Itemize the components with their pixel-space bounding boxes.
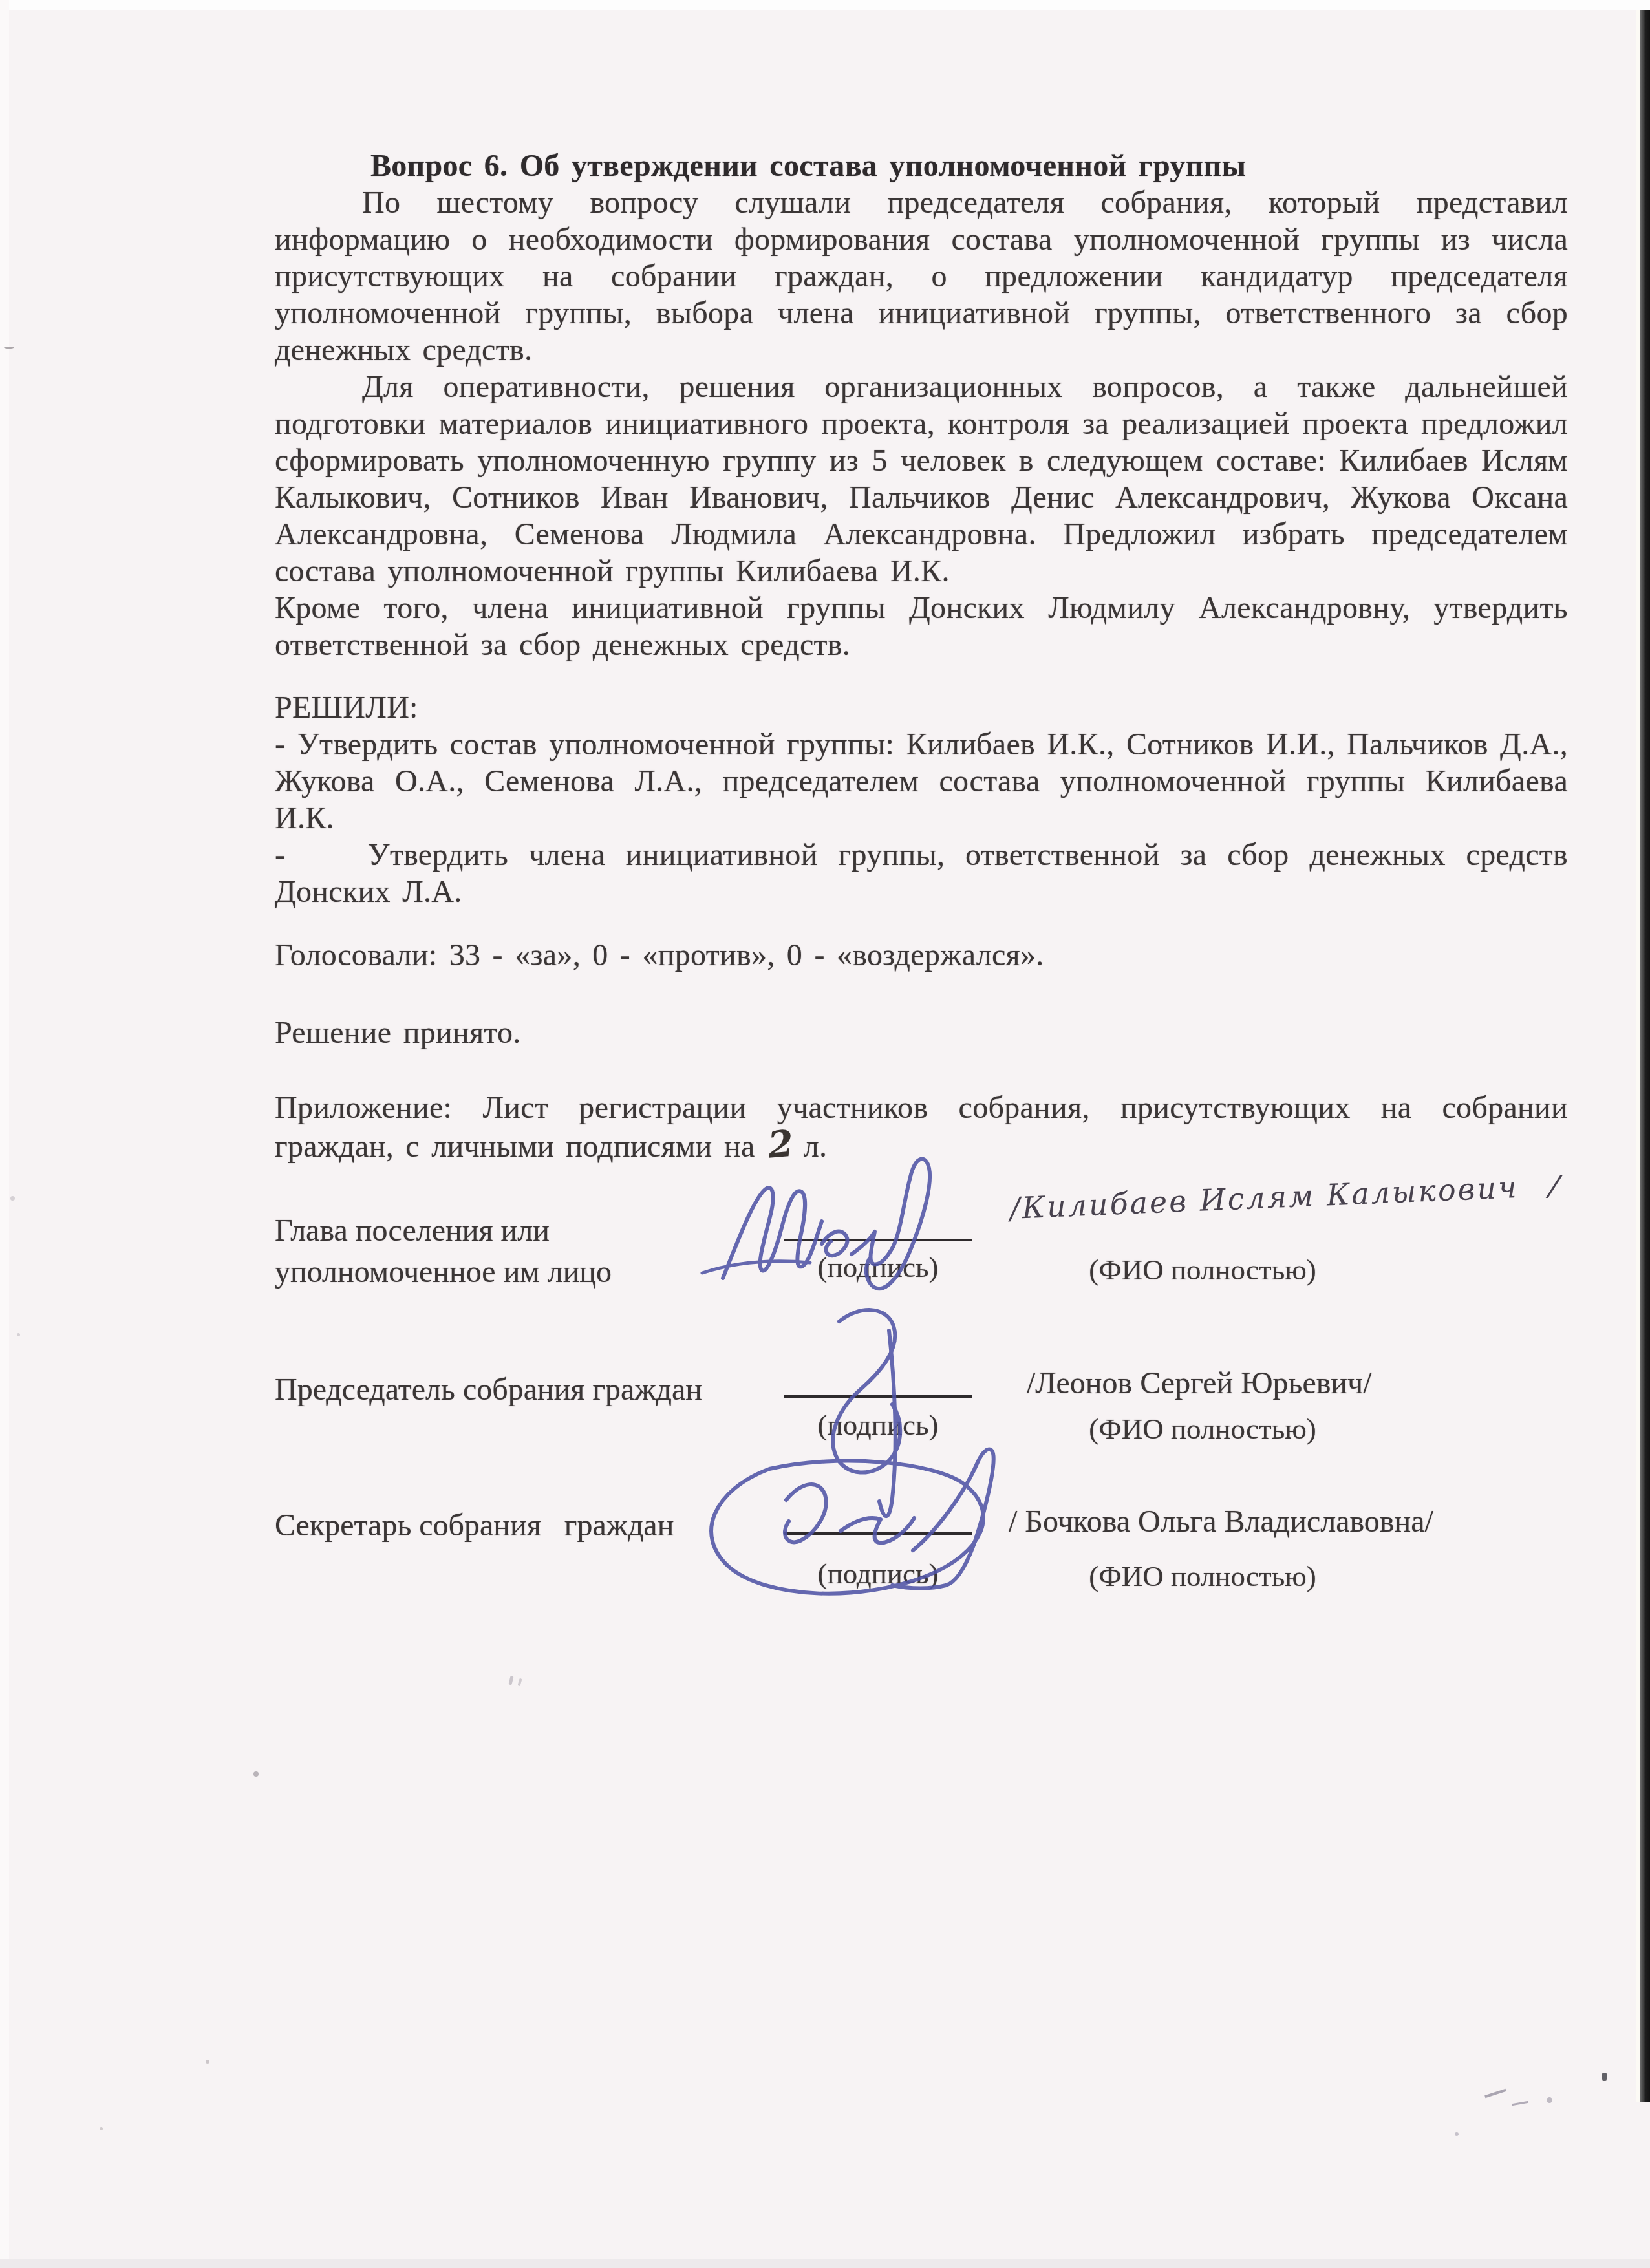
role-label-line1: Председатель собрания граждан — [275, 1369, 702, 1411]
sheets-count-handwritten: 2 — [766, 1125, 795, 1164]
section-title: Вопрос 6. Об утверждении состава уполном… — [275, 147, 1568, 184]
scan-speck — [206, 2060, 209, 2064]
signature-row-secretary-role: Секретарь собрания граждан — [275, 1505, 674, 1546]
signature-row-chairman-role: Председатель собрания граждан — [275, 1369, 702, 1411]
attachment-line-1: Приложение: Лист регистрации участников … — [275, 1089, 1568, 1126]
slash-trail: / — [1548, 1168, 1563, 1204]
fio-caption-secretary: (ФИО полностью) — [1034, 1559, 1371, 1593]
resolved-heading: РЕШИЛИ: — [275, 689, 1568, 726]
scan-edge-right-gap — [1636, 10, 1640, 2102]
signatory-name-text: Килибаев Ислям Калыкович — [1021, 1170, 1519, 1225]
scan-edge-bottom — [0, 2259, 1650, 2268]
scan-speck — [17, 1333, 20, 1336]
scan-speck — [508, 1676, 513, 1685]
signatory-name-secretary: / Бочкова Ольга Владиславовна/ — [1009, 1504, 1433, 1539]
document-body: Вопрос 6. Об утверждении состава уполном… — [275, 147, 1568, 1165]
scanned-document-page: Вопрос 6. Об утверждении состава уполном… — [0, 0, 1650, 2268]
role-label-line1: Глава поселения или — [275, 1210, 612, 1252]
scan-speck — [1547, 2097, 1552, 2103]
scan-edge-right-strip — [1640, 10, 1650, 2102]
decision-line: Решение принято. — [275, 1014, 1568, 1051]
scan-speck — [4, 347, 14, 349]
scan-speck — [1484, 2089, 1506, 2098]
signature-row-head-role: Глава поселения или уполномоченное им ли… — [275, 1210, 612, 1293]
scan-edge-left — [0, 0, 9, 2268]
signatory-name-chairman: /Леонов Сергей Юрьевич/ — [1027, 1365, 1372, 1401]
fio-caption-head: (ФИО полностью) — [1034, 1253, 1371, 1287]
voting-line: Голосовали: 33 - «за», 0 - «против», 0 -… — [275, 937, 1568, 974]
attachment-line-2: граждан, с личными подписями на2л. — [275, 1126, 1568, 1165]
attachment-line-2-suffix: л. — [804, 1129, 828, 1164]
scan-edge-top — [0, 0, 1650, 10]
scan-speck — [100, 2127, 103, 2130]
paragraph-2: Для оперативности, решения организационн… — [275, 369, 1568, 590]
attachment-line-2-prefix: граждан, с личными подписями на — [275, 1129, 755, 1164]
signature-caption-chairman: (подпись) — [775, 1408, 981, 1442]
fio-caption-chairman: (ФИО полностью) — [1034, 1412, 1371, 1446]
signature-line-chairman — [784, 1395, 972, 1398]
resolved-item-1: - Утвердить состав уполномоченной группы… — [275, 726, 1568, 837]
role-label-line2: уполномоченное им лицо — [275, 1252, 612, 1293]
scan-speck — [517, 1678, 522, 1687]
scan-speck — [1602, 2073, 1607, 2081]
paragraph-3: Кроме того, члена инициативной группы До… — [275, 590, 1568, 663]
scan-speck — [1512, 2101, 1528, 2106]
signatory-name-head-handwritten: /Килибаев Ислям Калыкович/ — [1009, 1168, 1562, 1226]
resolved-item-2: - Утвердить члена инициативной группы, о… — [275, 837, 1568, 910]
slash-lead: / — [1009, 1190, 1023, 1226]
scan-speck — [253, 1771, 259, 1777]
signature-line-secretary — [784, 1532, 972, 1535]
signature-caption-head: (подпись) — [775, 1250, 981, 1284]
signature-line-head — [784, 1239, 972, 1241]
role-label-line1: Секретарь собрания граждан — [275, 1505, 674, 1546]
paragraph-1: По шестому вопросу слушали председателя … — [275, 184, 1568, 369]
scan-speck — [1455, 2132, 1459, 2136]
scan-speck — [10, 1196, 15, 1201]
signature-caption-secretary: (подпись) — [775, 1557, 981, 1590]
